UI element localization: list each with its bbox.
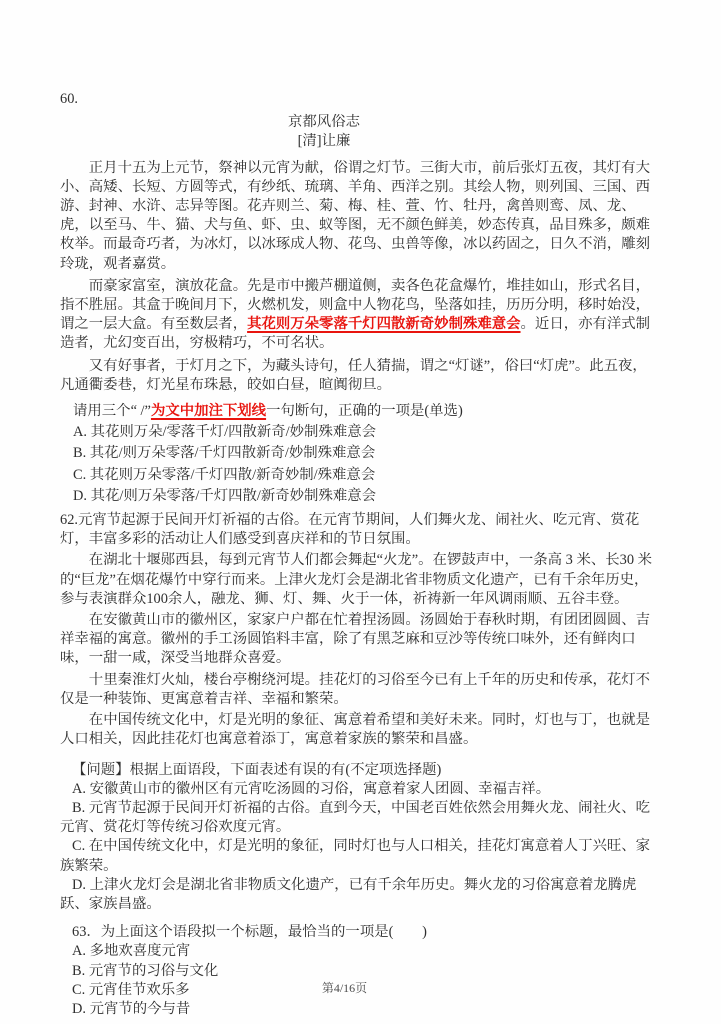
passage-paragraph-2: 而豪家富室，演放花盒。先是市中搬芦棚道侧，卖各色花盒爆竹，堆挂如山，形式名目，指…	[60, 277, 660, 354]
stem-tail: 一句断句，正确的一项是(单选)	[266, 403, 463, 419]
question-61-option-d: D. 其花/则万朵零落/千灯四散/新奇妙制殊难意会	[60, 487, 660, 506]
question-62-option-c: C. 在中国传统文化中，灯是光明的象征，同时灯也与人口相关，挂花灯寓意着人丁兴旺…	[60, 837, 660, 875]
exam-document-page: 60. 京都风俗志 [清]让廉 正月十五为上元节，祭神以元宵为献，俗谓之灯节。三…	[0, 0, 721, 1024]
question-62-problem-header: 【问题】根据上面语段，下面表述有误的有(不定项选择题)	[60, 761, 660, 780]
stem-text: 请用三个“ /”	[73, 403, 151, 419]
question-63-option-a: A. 多地欢喜度元宵	[60, 942, 660, 961]
question-61-option-c: C. 其花则万朵零落/千灯四散/新奇妙制/殊难意会	[60, 466, 660, 485]
question-60-number: 60.	[60, 90, 660, 109]
question-61-stem: 请用三个“ /”为文中加注下划线一句断句，正确的一项是(单选)	[60, 402, 660, 421]
stem-red-underlined-phrase: 为文中加注下划线	[151, 403, 266, 419]
question-62-paragraph-1: 62.元宵节起源于民间开灯祈福的古俗。在元宵节期间，人们舞火龙、闹社火、吃元宵、…	[60, 511, 660, 549]
question-62-option-a: A. 安徽黄山市的徽州区有元宵吃汤圆的习俗，寓意着家人团圆、幸福吉祥。	[60, 780, 660, 799]
question-63-option-d: D. 元宵节的今与昔	[60, 1000, 660, 1019]
passage-paragraph-3: 又有好事者，于灯月之下，为藏头诗句，任人猜揣，谓之“灯谜”，俗曰“灯虎”。此五夜…	[60, 357, 660, 395]
question-62-option-b: B. 元宵节起源于民间开灯祈福的古俗。直到今天，中国老百姓依然会用舞火龙、闹社火…	[60, 799, 660, 837]
underlined-red-clause: 其花则万朵零落千灯四散新奇妙制殊难意会	[247, 316, 520, 332]
question-62-option-d: D. 上津火龙灯会是湖北省非物质文化遗产，已有千余年历史。舞火龙的习俗寓意着龙腾…	[60, 876, 660, 914]
passage-paragraph-1: 正月十五为上元节，祭神以元宵为献，俗谓之灯节。三街大市，前后张灯五夜，其灯有大小…	[60, 159, 660, 274]
question-61-option-a: A. 其花则万朵/零落千灯/四散新奇/妙制殊难意会	[60, 423, 660, 442]
question-63-stem: 63．为上面这个语段拟一个标题，最恰当的一项是( )	[60, 923, 660, 942]
question-61-option-b: B. 其花/则万朵零落/千灯四散新奇/妙制殊难意会	[60, 444, 660, 463]
question-62-paragraph-2: 在湖北十堰郧西县，每到元宵节人们都会舞起“火龙”。在锣鼓声中，一条高 3 米、长…	[60, 551, 660, 609]
passage-title: 京都风俗志	[60, 113, 588, 132]
page-number-footer: 第4/16页	[0, 979, 721, 998]
question-62-paragraph-4: 十里秦淮灯火灿，楼台亭榭绕河堤。挂花灯的习俗至今已有上千年的历史和传承，花灯不仅…	[60, 671, 660, 709]
question-62-paragraph-5: 在中国传统文化中，灯是光明的象征、寓意着希望和美好未来。同时，灯也与丁，也就是人…	[60, 711, 660, 749]
question-62-paragraph-3: 在安徽黄山市的徽州区，家家户户都在忙着捏汤圆。汤圆始于春秋时期，有团团圆圆、吉祥…	[60, 611, 660, 669]
passage-author: [清]让廉	[60, 132, 588, 151]
passage-heading: 京都风俗志 [清]让廉	[60, 113, 660, 151]
